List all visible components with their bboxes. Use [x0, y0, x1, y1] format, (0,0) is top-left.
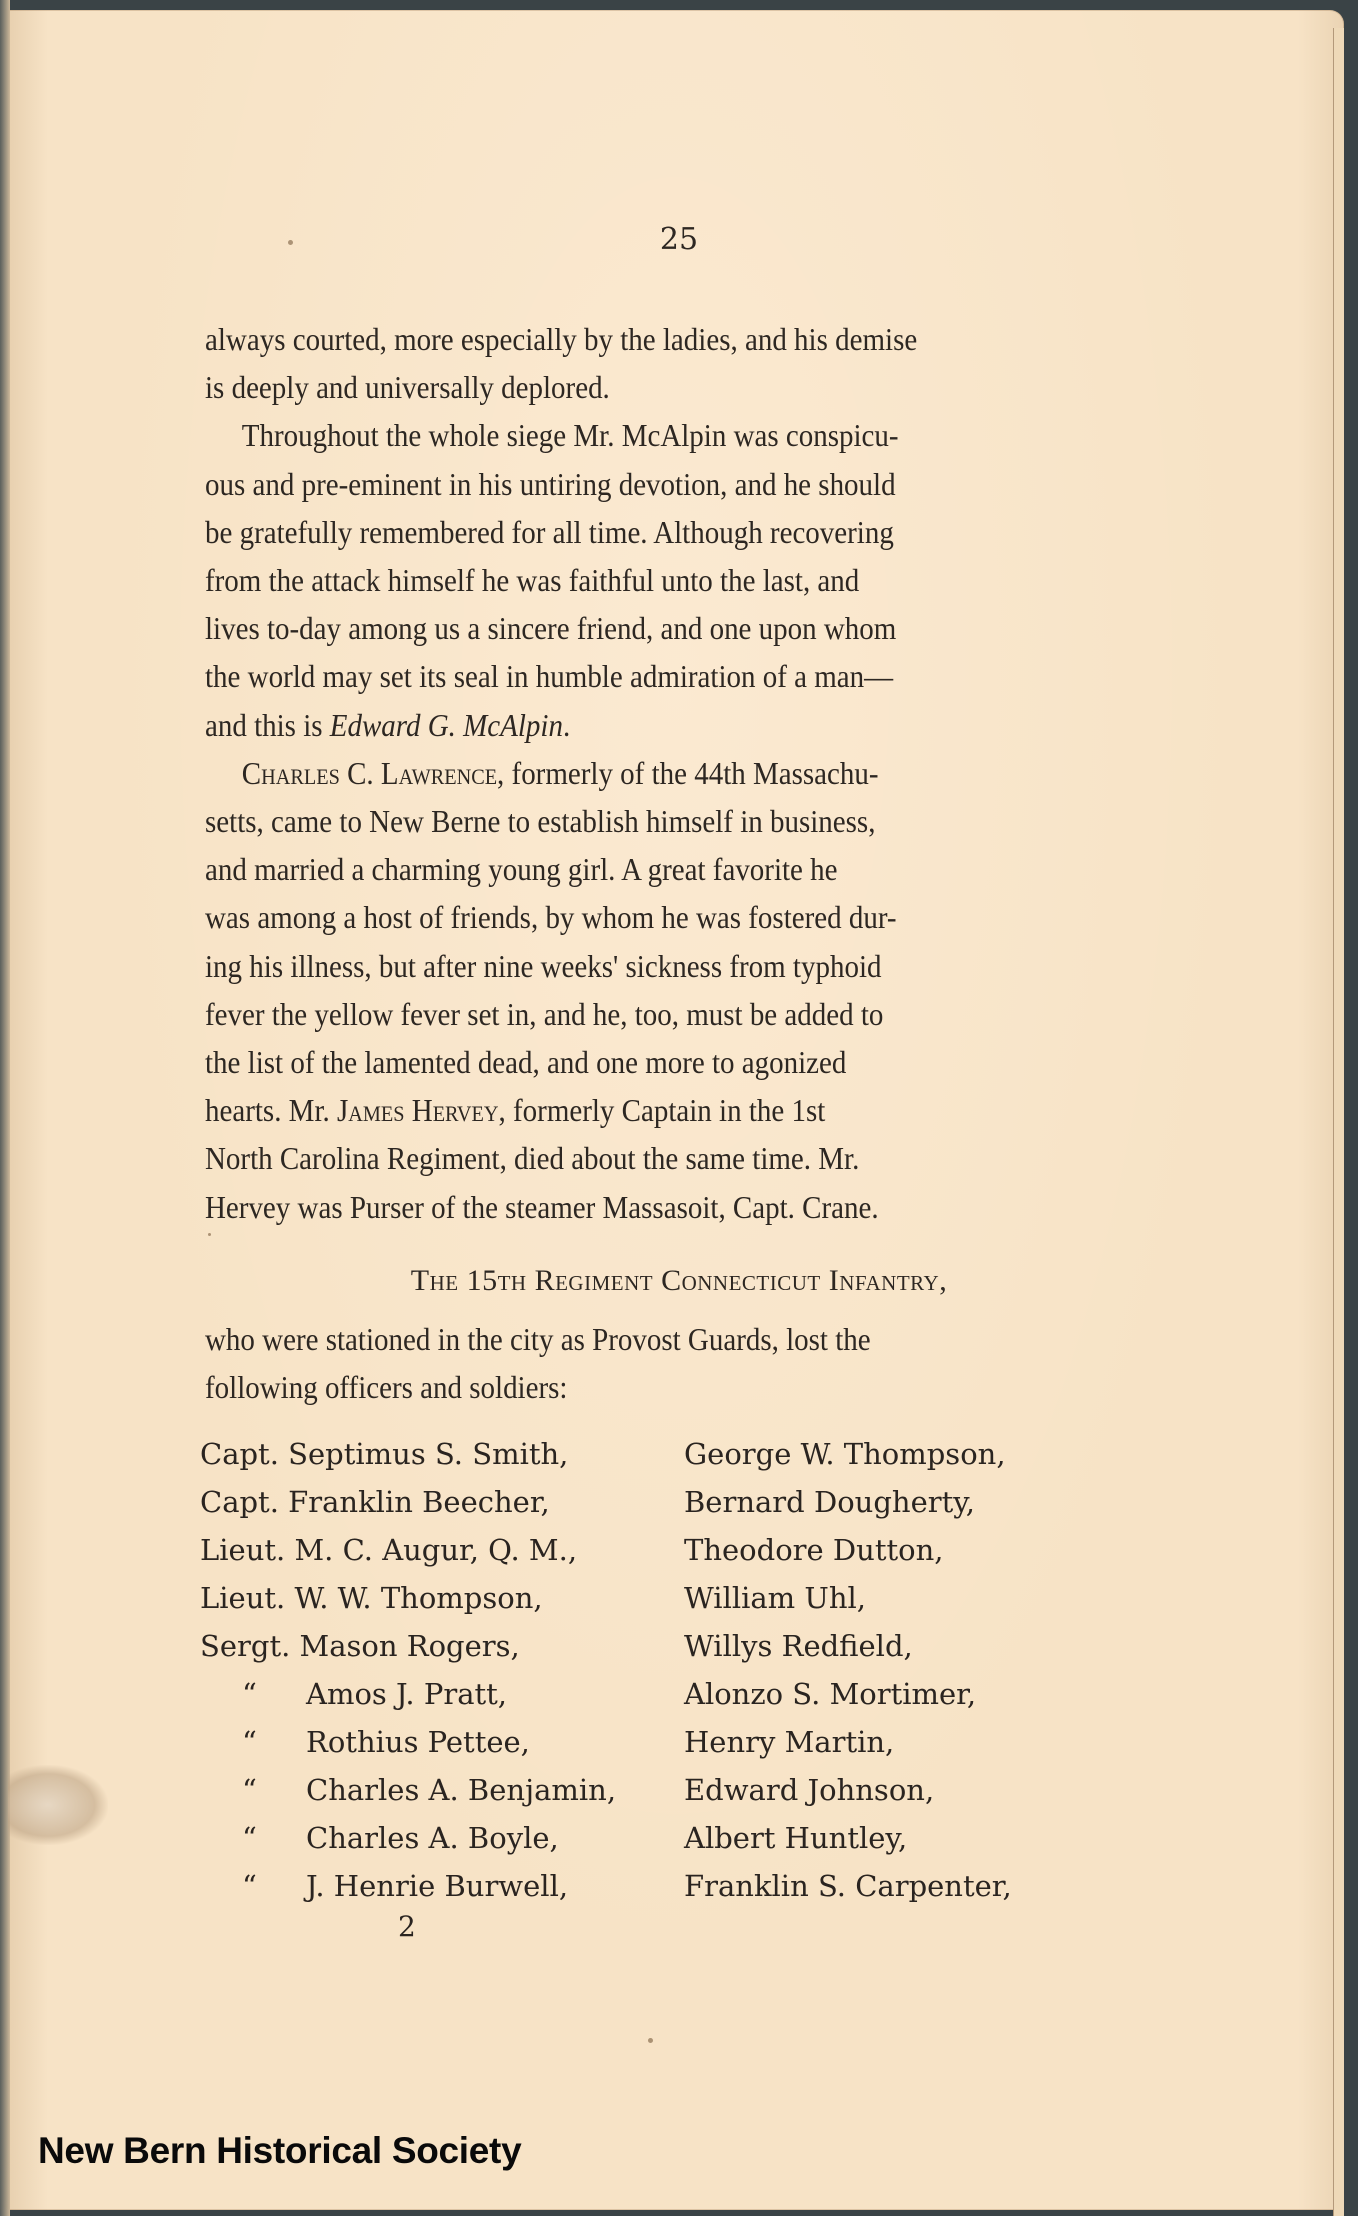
text-line: Hervey was Purser of the steamer Massaso… [205, 1190, 879, 1225]
text-line: North Carolina Regiment, died about the … [205, 1141, 859, 1176]
body-text: always courted, more especially by the l… [205, 316, 1097, 1232]
soldier-name: Amos J. Pratt, [306, 1670, 507, 1718]
text-line: from the attack himself he was faithful … [205, 563, 859, 598]
ditto-mark: “ [242, 1766, 257, 1814]
page-number: 25 [0, 222, 1358, 257]
text-line: always courted, more especially by the l… [205, 322, 917, 357]
text-line: following officers and soldiers: [205, 1370, 567, 1405]
text-line: , formerly Captain in the 1st [499, 1093, 826, 1128]
ditto-mark: “ [242, 1814, 257, 1862]
text-line: who were stationed in the city as Provos… [205, 1322, 871, 1357]
soldier-name: Franklin Beecher, [288, 1485, 550, 1519]
roster-entry: Capt. Septimus S. Smith, [200, 1430, 577, 1478]
rank: Capt. [200, 1437, 279, 1471]
ink-speck [208, 1233, 211, 1236]
text-line: and married a charming young girl. A gre… [205, 852, 838, 887]
text-punct: . [563, 708, 570, 743]
text-line: lives to-day among us a sincere friend, … [205, 611, 896, 646]
rank: Lieut. [200, 1581, 285, 1615]
rank: Capt. [200, 1485, 279, 1519]
soldier-name: J. Henrie Burwell, [306, 1862, 568, 1910]
roster-entry: Bernard Dougherty, [684, 1478, 1012, 1526]
text-line: ing his illness, but after nine weeks' s… [205, 949, 882, 984]
ink-speck [648, 2038, 653, 2043]
small-caps-name: James Hervey [337, 1093, 499, 1128]
text-line: Throughout the whole siege Mr. McAlpin w… [242, 418, 899, 453]
soldier-name: Charles A. Boyle, [306, 1814, 559, 1862]
ditto-mark: “ [242, 1670, 257, 1718]
rank: Lieut. [200, 1533, 285, 1567]
text-line: be gratefully remembered for all time. A… [205, 515, 894, 550]
roster-entry: Lieut. M. C. Augur, Q. M., [200, 1526, 577, 1574]
text-line: setts, came to New Berne to establish hi… [205, 804, 875, 839]
roster-entry: George W. Thompson, [684, 1430, 1012, 1478]
soldier-name: Rothius Pettee, [306, 1718, 530, 1766]
roster-entry: Theodore Dutton, [684, 1526, 1012, 1574]
text-line: was among a host of friends, by whom he … [205, 900, 897, 935]
soldier-name: Mason Rogers, [300, 1629, 520, 1663]
italic-name: Edward G. McAlpin [330, 708, 563, 743]
text-line: the world may set its seal in humble adm… [205, 659, 893, 694]
roster-left-column: Capt. Septimus S. Smith, Capt. Franklin … [200, 1430, 577, 1910]
roster-entry: Henry Martin, [684, 1718, 1012, 1766]
section-heading: The 15th Regiment Connecticut Infantry, [0, 1264, 1358, 1298]
soldier-name: Charles A. Benjamin, [306, 1766, 616, 1814]
watermark: New Bern Historical Society [38, 2130, 521, 2172]
text-line: the list of the lamented dead, and one m… [205, 1045, 846, 1080]
roster-entry: Franklin S. Carpenter, [684, 1862, 1012, 1910]
roster-entry: “Charles A. Benjamin, [200, 1766, 577, 1814]
roster-entry: “Rothius Pettee, [200, 1718, 577, 1766]
roster-entry: “Amos J. Pratt, [200, 1670, 577, 1718]
small-caps-name: Charles C. Lawrence [242, 756, 497, 791]
soldier-name: M. C. Augur, Q. M., [294, 1533, 577, 1567]
roster-entry: “Charles A. Boyle, [200, 1814, 577, 1862]
soldier-name: Septimus S. Smith, [288, 1437, 568, 1471]
roster-entry: Alonzo S. Mortimer, [684, 1670, 1012, 1718]
text-line: and this is [205, 708, 330, 743]
paragraph-1: always courted, more especially by the l… [205, 316, 1175, 412]
rank: Sergt. [200, 1629, 290, 1663]
page-edge-right [1333, 28, 1344, 2216]
roster-entry: Edward Johnson, [684, 1766, 1012, 1814]
signature-mark: 2 [398, 1910, 416, 1943]
paragraph-2: Throughout the whole siege Mr. McAlpin w… [205, 412, 1175, 749]
roster-entry: Albert Huntley, [684, 1814, 1012, 1862]
text-line: ous and pre-eminent in his untiring devo… [205, 467, 896, 502]
paragraph-3: Charles C. Lawrence, formerly of the 44t… [205, 750, 1175, 1232]
paper-tear [8, 1765, 108, 1845]
roster-entry: “J. Henrie Burwell, [200, 1862, 577, 1910]
roster-right-column: George W. Thompson, Bernard Dougherty, T… [684, 1430, 1012, 1910]
ditto-mark: “ [242, 1718, 257, 1766]
section-intro: who were stationed in the city as Provos… [205, 1316, 1175, 1412]
text-line: , formerly of the 44th Massachu- [497, 756, 878, 791]
ditto-mark: “ [242, 1862, 257, 1910]
text-line: hearts. Mr. [205, 1093, 337, 1128]
roster-entry: Capt. Franklin Beecher, [200, 1478, 577, 1526]
text-line: is deeply and universally deplored. [205, 370, 610, 405]
binding-edge [0, 0, 10, 2216]
soldier-name: W. W. Thompson, [294, 1581, 542, 1615]
roster-entry: Lieut. W. W. Thompson, [200, 1574, 577, 1622]
roster-entry: William Uhl, [684, 1574, 1012, 1622]
roster-entry: Sergt. Mason Rogers, [200, 1622, 577, 1670]
text-line: fever the yellow fever set in, and he, t… [205, 997, 883, 1032]
roster-entry: Willys Redfield, [684, 1622, 1012, 1670]
